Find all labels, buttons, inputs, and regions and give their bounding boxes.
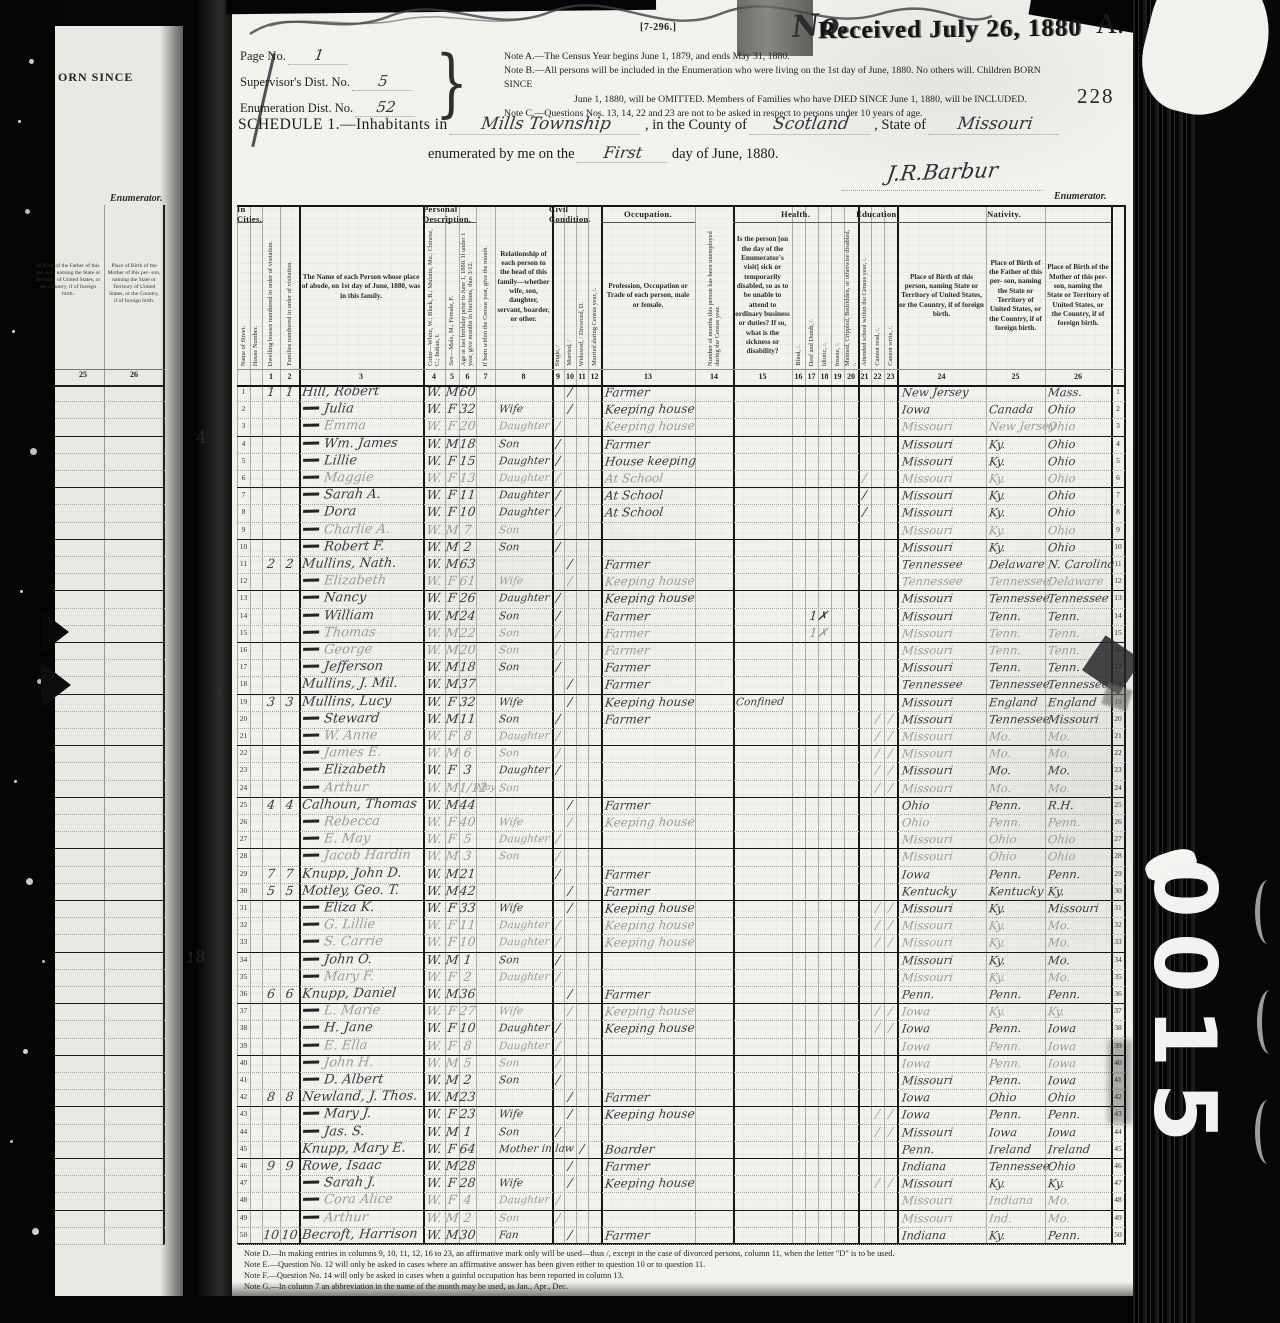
cell-pm: Ohio <box>1047 521 1125 539</box>
cell-street: 21 <box>237 728 250 745</box>
cell-fam: 5 <box>279 883 300 900</box>
cell-age: 44 <box>458 797 477 814</box>
cell-c9: / <box>551 1210 565 1227</box>
ditto-dash <box>303 854 319 857</box>
cell-street: 2 <box>237 401 250 418</box>
cell-month: May <box>475 779 496 796</box>
cell-pob: Missouri <box>901 607 992 625</box>
column-header: Age at last birthday prior to June 1, 18… <box>459 223 476 369</box>
cell-age: 32 <box>458 694 477 711</box>
column-header: Profession, Occupation or Trade of each … <box>601 223 695 369</box>
cell-color: W. <box>422 1227 446 1244</box>
footnote-d: Note D.—In making entries in columns 9, … <box>244 1248 1104 1259</box>
cell-occ: Farmer <box>604 676 720 694</box>
table-row: 1414WilliamW.M24Son/Farmer1✗MissouriTenn… <box>237 609 1125 626</box>
table-row: 4848Cora AliceW.F4Daughter/MissouriIndia… <box>237 1193 1125 1210</box>
column-number: 15 <box>733 369 792 385</box>
cell-pm: Ohio <box>1047 435 1125 453</box>
cell-occ: Farmer <box>604 796 720 814</box>
cell-rel: Wife <box>498 1175 567 1193</box>
cell-color: W. <box>422 1089 446 1106</box>
cell-pob: Missouri <box>901 968 992 986</box>
cell-color: W. <box>422 487 446 504</box>
cell-age: 6 <box>458 745 477 762</box>
cell-street: 15 <box>237 625 250 642</box>
prev-table-row <box>55 540 165 557</box>
schedule-prefix: SCHEDULE 1.—Inhabitants in <box>238 116 448 133</box>
stamp-number: 228 <box>1077 84 1115 109</box>
scanned-census-page: ORN SINCE Enumerator. of Birth of the Fa… <box>0 0 1280 1323</box>
cell-pob: Iowa <box>901 1089 992 1107</box>
footnote-e: Note E.—Question No. 12 will only be ask… <box>244 1259 1104 1270</box>
ditto-dash <box>303 510 319 513</box>
cell-color: W. <box>422 1141 446 1158</box>
cell-pm: Mo. <box>1047 762 1125 780</box>
table-row: 33EmmaW.F20Daughter/Keeping houseMissour… <box>237 419 1125 436</box>
column-header: Widowed, / Divorced, D. <box>576 223 588 369</box>
ditto-dash <box>303 527 319 530</box>
column-header-label: Place of Birth of the Mother of this per… <box>1047 263 1109 329</box>
cell-color: W. <box>422 797 446 814</box>
cell-pm: Ohio <box>1047 418 1125 436</box>
film-strip-bottom <box>0 1296 1280 1323</box>
cell-street: 30 <box>237 883 250 900</box>
page-no-label: Page No. <box>240 49 286 63</box>
cell-age: 1/12 <box>458 780 477 797</box>
cell-pm: Ohio <box>1047 848 1125 866</box>
township-value: Mills Township <box>450 114 643 135</box>
cell-street: 46 <box>237 1158 250 1175</box>
cell-pm: Ky. <box>1047 882 1125 900</box>
column-header: Insane, /. <box>831 223 844 369</box>
column-header: House Number. <box>250 223 262 369</box>
cell-c10: / <box>563 1175 577 1192</box>
cell-age: 13 <box>458 470 477 487</box>
table-row: 303055Motley, Geo. T.W.M42/FarmerKentuck… <box>237 884 1125 901</box>
film-speckles <box>18 120 21 123</box>
column-header-label: Name of Street. <box>240 326 247 366</box>
prev-page-text: ORN SINCE <box>58 70 133 85</box>
cell-street: 37 <box>237 1003 250 1020</box>
column-number: 12 <box>588 369 601 385</box>
column-header-label: Sex—Male, M.; Female, F. <box>448 296 455 366</box>
column-header-label: Profession, Occupation or Trade of each … <box>603 282 693 310</box>
film-strip-right: 0015 <box>1133 0 1280 1323</box>
cell-color: W. <box>422 539 446 556</box>
column-header: Cannot read, /. <box>871 223 884 369</box>
ditto-dash <box>303 785 319 788</box>
ditto-dash <box>303 1026 319 1029</box>
table-row: 1818Mullins, J. Mil.W.M37/FarmerTennesse… <box>237 677 1125 694</box>
corner-letter: A. <box>1096 8 1124 41</box>
cell-pm: Tenn. <box>1047 607 1125 625</box>
cell-pob: Missouri <box>901 624 992 642</box>
prev-table-row <box>55 626 165 643</box>
cell-c9: / <box>551 728 565 745</box>
cell-pob: Missouri <box>901 452 992 470</box>
table-row: 3939E. EllaW.F8Daughter/IowaPenn.Iowa <box>237 1039 1125 1056</box>
ditto-dash <box>303 716 319 719</box>
table-row: 3333S. CarrieW.F10Daughter/Keeping house… <box>237 935 1125 952</box>
ditto-dash <box>303 647 319 650</box>
cell-street: 44 <box>237 1124 250 1141</box>
cell-age: 2 <box>458 969 477 986</box>
table-row: 1515ThomasW.M22Son/Farmer1✗MissouriTenn.… <box>237 626 1125 643</box>
cell-street: 43 <box>237 1106 250 1123</box>
column-header: Place of Birth of the Mother of this per… <box>1045 223 1111 369</box>
cell-dwell: 4 <box>261 797 281 814</box>
cell-pob: Penn. <box>901 986 992 1004</box>
cell-color: W. <box>422 590 446 607</box>
cell-color: W. <box>422 1003 446 1020</box>
cell-e21: / <box>857 487 872 504</box>
cell-occ: Keeping house <box>604 693 720 711</box>
cell-pob: Missouri <box>901 728 992 746</box>
prev-table-row <box>55 798 165 815</box>
cell-occ: Keeping house <box>604 1003 720 1021</box>
column-group-header: In Cities. <box>237 205 262 223</box>
cell-occ: Boarder <box>604 1140 720 1158</box>
prev-table-row <box>55 385 165 402</box>
ditto-dash <box>303 819 319 822</box>
table-row: 3838H. JaneW.F10Daughter/Keeping house//… <box>237 1021 1125 1038</box>
cell-pob: Missouri <box>901 504 992 522</box>
enumerated-prefix: enumerated by me on the <box>428 146 575 162</box>
column-group-header: Nativity. <box>897 205 1111 223</box>
cell-pob: Tennessee <box>901 573 992 591</box>
cell-color: W. <box>422 969 446 986</box>
cell-pm: Iowa <box>1047 1020 1125 1038</box>
ditto-dash <box>303 441 319 444</box>
ditto-dash <box>303 1112 319 1115</box>
column-header: Single, / <box>552 223 564 369</box>
prev-table-row <box>55 884 165 901</box>
cell-age: 60 <box>458 384 477 401</box>
prev-table-row <box>55 970 165 987</box>
cell-pm: Ohio <box>1047 487 1125 505</box>
cell-color: W. <box>422 779 446 796</box>
cell-occ: Keeping house <box>604 934 720 952</box>
table-row: 1010Robert F.W.M2Son/MissouriKy.Ohio <box>237 540 1125 557</box>
cell-color: W. <box>422 504 446 521</box>
ditto-dash <box>303 922 319 925</box>
cell-fam: 6 <box>279 986 300 1003</box>
ditto-dash <box>303 1198 319 1201</box>
column-number: 16 <box>792 369 805 385</box>
cell-e23: / <box>883 1175 898 1192</box>
cell-street: 18 <box>237 676 250 693</box>
cell-occ: Farmer <box>604 624 720 642</box>
ditto-dash <box>303 630 319 633</box>
column-number: 24 <box>897 369 986 385</box>
cell-street: 39 <box>237 1038 250 1055</box>
cell-pm: Missouri <box>1047 710 1125 728</box>
table-row: 252544Calhoun, ThomasW.M44/FarmerOhioPen… <box>237 798 1125 815</box>
cell-age: 7 <box>458 522 477 539</box>
ditto-dash <box>303 836 319 839</box>
cell-e23: / <box>883 1106 898 1123</box>
cell-c9: / <box>551 848 565 865</box>
cell-color: W. <box>422 659 446 676</box>
cell-street: 10 <box>237 539 250 556</box>
cell-c9: / <box>551 470 565 487</box>
cell-pob: Missouri <box>901 917 992 935</box>
cell-age: 21 <box>458 866 477 883</box>
column-number: 21 <box>858 369 871 385</box>
cell-pob: Missouri <box>901 710 992 728</box>
cell-age: 4 <box>458 1192 477 1209</box>
cell-street: 35 <box>237 969 250 986</box>
column-number: 20 <box>844 369 858 385</box>
ditto-dash <box>303 613 319 616</box>
cell-age: 27 <box>458 1003 477 1020</box>
cell-c9: / <box>551 1038 565 1055</box>
cell-pm: Mo. <box>1047 779 1125 797</box>
cell-e21: / <box>857 470 872 487</box>
cell-e23: / <box>883 728 898 745</box>
form-number: [7-296.] <box>640 22 677 33</box>
enumeration-day-value: First <box>577 143 670 163</box>
cell-color: W. <box>422 1055 446 1072</box>
cell-street: 16 <box>237 642 250 659</box>
cell-pm: Ohio <box>1047 538 1125 556</box>
cell-occ: Farmer <box>604 1157 720 1175</box>
cell-pm: Ohio <box>1047 1158 1125 1176</box>
cell-color: W. <box>422 1123 446 1140</box>
cell-c11: / <box>575 1141 589 1158</box>
prev-table-row <box>55 1125 165 1142</box>
ditto-dash <box>303 458 319 461</box>
cell-pm: Ohio <box>1047 831 1125 849</box>
cell-age: 26 <box>458 590 477 607</box>
cell-occ: Keeping house <box>604 813 720 831</box>
cell-e23: / <box>883 780 898 797</box>
cell-street: 24 <box>237 780 250 797</box>
cell-rel: Wife <box>498 1003 567 1021</box>
cell-fam: 8 <box>279 1089 300 1106</box>
pencil-margin-mark: 18 <box>185 947 206 967</box>
cell-pob: Iowa <box>901 1020 992 1038</box>
column-number: 7 <box>476 369 495 385</box>
column-group-header: Education. <box>858 205 897 223</box>
cell-c10: / <box>563 384 577 401</box>
column-header-label: Deaf and Dumb, /. <box>808 319 815 366</box>
cell-color: W. <box>422 917 446 934</box>
enumerator-signature: J.R.Barbur <box>885 158 999 186</box>
prev-table-row <box>55 505 165 522</box>
cell-age: 2 <box>458 1210 477 1227</box>
cell-occ: Farmer <box>604 710 720 728</box>
state-value: Missouri <box>928 114 1061 135</box>
column-header: Color—White, W.; Black, B.; Mulatto, Mu.… <box>423 223 445 369</box>
cell-age: 18 <box>458 436 477 453</box>
cell-pob: Missouri <box>901 848 992 866</box>
prev-col26-number: 26 <box>107 370 161 379</box>
cell-e23: / <box>883 745 898 762</box>
film-scratch <box>1257 990 1280 1054</box>
cell-age: 20 <box>458 642 477 659</box>
prev-table-row <box>55 832 165 849</box>
column-header: Cannot write, /. <box>884 223 897 369</box>
enumeration-dist-label: Enumeration Dist. No. <box>240 101 353 115</box>
cell-fam: 7 <box>279 865 300 882</box>
cell-age: 28 <box>458 1158 477 1175</box>
cell-age: 3 <box>458 762 477 779</box>
cell-color: W. <box>422 521 446 538</box>
cell-pm: Mo. <box>1047 745 1125 763</box>
cell-pm: Mo. <box>1047 1192 1125 1210</box>
cell-rel: Wife <box>498 900 567 918</box>
cell-rel: Fan <box>498 1226 567 1244</box>
note-b2: June 1, 1880, will be OMITTED. Members o… <box>504 93 1064 107</box>
ditto-dash <box>303 544 319 547</box>
cell-age: 10 <box>458 1020 477 1037</box>
cell-pob: Missouri <box>901 1209 992 1227</box>
cell-color: W. <box>422 934 446 951</box>
prev-col25-header: of Birth of the Father of this per- son,… <box>35 263 101 298</box>
column-number: 26 <box>1045 369 1111 385</box>
cell-color: W. <box>422 865 446 882</box>
cell-c10: / <box>563 556 577 573</box>
prev-table-row <box>55 867 165 884</box>
ink-blot <box>41 662 71 708</box>
column-header-label: Married, / <box>566 340 573 366</box>
cell-c9: / <box>551 1192 565 1209</box>
cell-color: W. <box>422 745 446 762</box>
cell-fam: 4 <box>279 797 300 814</box>
cell-c9: / <box>551 487 565 504</box>
cell-age: 11 <box>458 917 477 934</box>
cell-pm: Delaware <box>1047 573 1125 591</box>
column-header-label: Number of months this person has been un… <box>707 226 721 366</box>
column-group-header: Personal Description. <box>423 205 476 223</box>
cell-pob: Missouri <box>901 900 992 918</box>
prev-table-row <box>55 901 165 918</box>
cell-pob: Missouri <box>901 693 992 711</box>
column-header: Deaf and Dumb, /. <box>805 223 818 369</box>
cell-pob: Missouri <box>901 1192 992 1210</box>
cell-pob: Missouri <box>901 659 992 677</box>
table-row: 88DoraW.F10Daughter/At School/MissouriKy… <box>237 505 1125 522</box>
column-header-label: Insane, /. <box>834 343 841 366</box>
column-header: Is the person [on the day of the Enumera… <box>733 223 792 369</box>
cell-c9: / <box>551 917 565 934</box>
cell-age: 40 <box>458 814 477 831</box>
cell-street: 38 <box>237 1020 250 1037</box>
cell-pob: Iowa <box>901 1054 992 1072</box>
cell-occ: Keeping house <box>604 590 720 608</box>
cell-c9: / <box>551 642 565 659</box>
table-row: 191933Mullins, LucyW.F32Wife/Keeping hou… <box>237 695 1125 712</box>
signature-line <box>842 190 1042 191</box>
cell-occ: Keeping house <box>604 899 720 917</box>
prev-table-row <box>55 591 165 608</box>
prev-table-row <box>55 729 165 746</box>
cell-color: W. <box>422 1158 446 1175</box>
cell-age: 2 <box>458 539 477 556</box>
state-label: , State of <box>874 117 926 133</box>
column-header-label: Cannot write, /. <box>887 326 894 366</box>
prev-table-row <box>55 1211 165 1228</box>
cell-age: 2 <box>458 1072 477 1089</box>
note-b: Note B.—All persons will be included in … <box>504 64 1064 92</box>
cell-dwell: 10 <box>261 1227 281 1244</box>
cell-street: 25 <box>237 797 250 814</box>
column-header-label: Idiotic, /. <box>821 343 828 366</box>
supervisor-dist-value: 5 <box>352 72 415 91</box>
cell-color: W. <box>422 1037 446 1054</box>
cell-street: 28 <box>237 848 250 865</box>
table-row: 4040John H.W.M5Son/IowaPenn.Iowa <box>237 1056 1125 1073</box>
cell-color: W. <box>422 693 446 710</box>
cell-occ: Farmer <box>604 607 720 625</box>
cell-pob: Missouri <box>901 1175 992 1193</box>
column-header-label: Cannot read, /. <box>874 328 881 366</box>
cell-pm: Penn. <box>1047 865 1125 883</box>
cell-rel: Wife <box>498 814 567 832</box>
cell-street: 23 <box>237 762 250 779</box>
column-header: The Name of each Person whose place of a… <box>299 205 423 369</box>
column-number: 25 <box>986 369 1045 385</box>
ditto-dash <box>303 768 319 771</box>
prev-table-row <box>55 746 165 763</box>
cell-color: W. <box>422 573 446 590</box>
table-row: 2020StewardW.M11Son/Farmer//MissouriTenn… <box>237 712 1125 729</box>
column-header-label: Is the person [on the day of the Enumera… <box>735 235 790 357</box>
cell-occ: House keeping <box>604 452 720 470</box>
cell-c10: / <box>563 401 577 418</box>
prev-table-row <box>55 643 165 660</box>
ditto-dash <box>303 733 319 736</box>
column-header-label: Married during Census year, /. <box>591 288 598 366</box>
cell-occ: At School <box>604 469 720 487</box>
cell-pm: Ohio <box>1047 401 1125 419</box>
column-group-header: Health. <box>733 205 858 223</box>
cell-c9: / <box>551 745 565 762</box>
cell-age: 33 <box>458 900 477 917</box>
cell-occ: Keeping house <box>604 1175 720 1193</box>
cell-c10: / <box>563 1106 577 1123</box>
cell-street: 34 <box>237 952 250 969</box>
table-row: 44Wm. JamesW.M18Son/FarmerMissouriKy.Ohi… <box>237 437 1125 454</box>
column-header-label: Relationship of each person to the head … <box>497 250 550 325</box>
cell-age: 61 <box>458 573 477 590</box>
cell-e23: / <box>883 1124 898 1141</box>
cell-c10: / <box>563 1227 577 1244</box>
cell-occ: At School <box>604 504 720 522</box>
cell-pm: Ohio <box>1047 504 1125 522</box>
cell-street: 32 <box>237 917 250 934</box>
cell-color: W. <box>422 470 446 487</box>
column-number: 2 <box>280 369 299 385</box>
column-number: 22 <box>871 369 884 385</box>
cell-fam: 9 <box>279 1158 300 1175</box>
cell-street: 42 <box>237 1089 250 1106</box>
cell-pob: Iowa <box>901 1003 992 1021</box>
prev-table-row <box>55 677 165 694</box>
enumerated-suffix: day of June, 1880. <box>672 146 779 162</box>
cell-street: 50 <box>237 1227 250 1244</box>
prev-page-table: of Birth of the Father of this per- son,… <box>55 205 168 1245</box>
cell-c10: / <box>563 1003 577 1020</box>
cell-pob: Missouri <box>901 435 992 453</box>
cell-h17: 1✗ <box>804 607 833 624</box>
cell-pm: Tenn. <box>1047 624 1125 642</box>
cell-dwell: 8 <box>261 1089 281 1106</box>
cell-street: 8 <box>237 504 250 521</box>
cell-pm: Ky. <box>1047 1175 1125 1193</box>
prev-table-row <box>55 419 165 436</box>
